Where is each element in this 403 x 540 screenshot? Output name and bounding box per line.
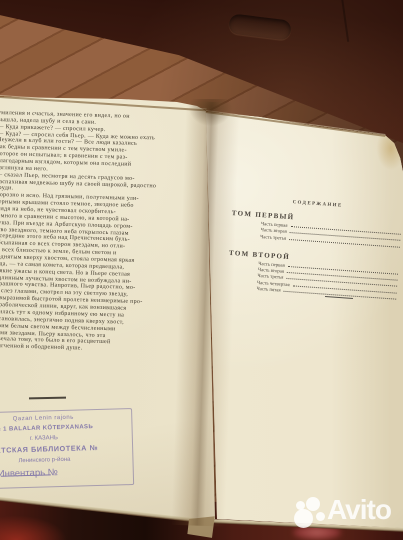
avito-watermark: Avito	[294, 492, 403, 532]
avito-logo-icon	[294, 497, 328, 529]
avito-watermark-label: Avito	[327, 493, 391, 527]
library-stamp: Qazan Lenin rajonь № 1 BALALAR KÖTEPXANA…	[0, 405, 134, 490]
table-of-contents: СОДЕРЖАНИЕ ТОМ ПЕРВЫЙ Часть перваяЧасть …	[226, 196, 403, 303]
left-page-text: умиления и счастья, значение его видел, …	[0, 110, 213, 356]
part-label: Часть третья	[260, 235, 286, 243]
inventory-label: Инвентарь №	[0, 465, 58, 482]
book-listing-photo: умиления и счастья, значение его видел, …	[0, 0, 403, 540]
